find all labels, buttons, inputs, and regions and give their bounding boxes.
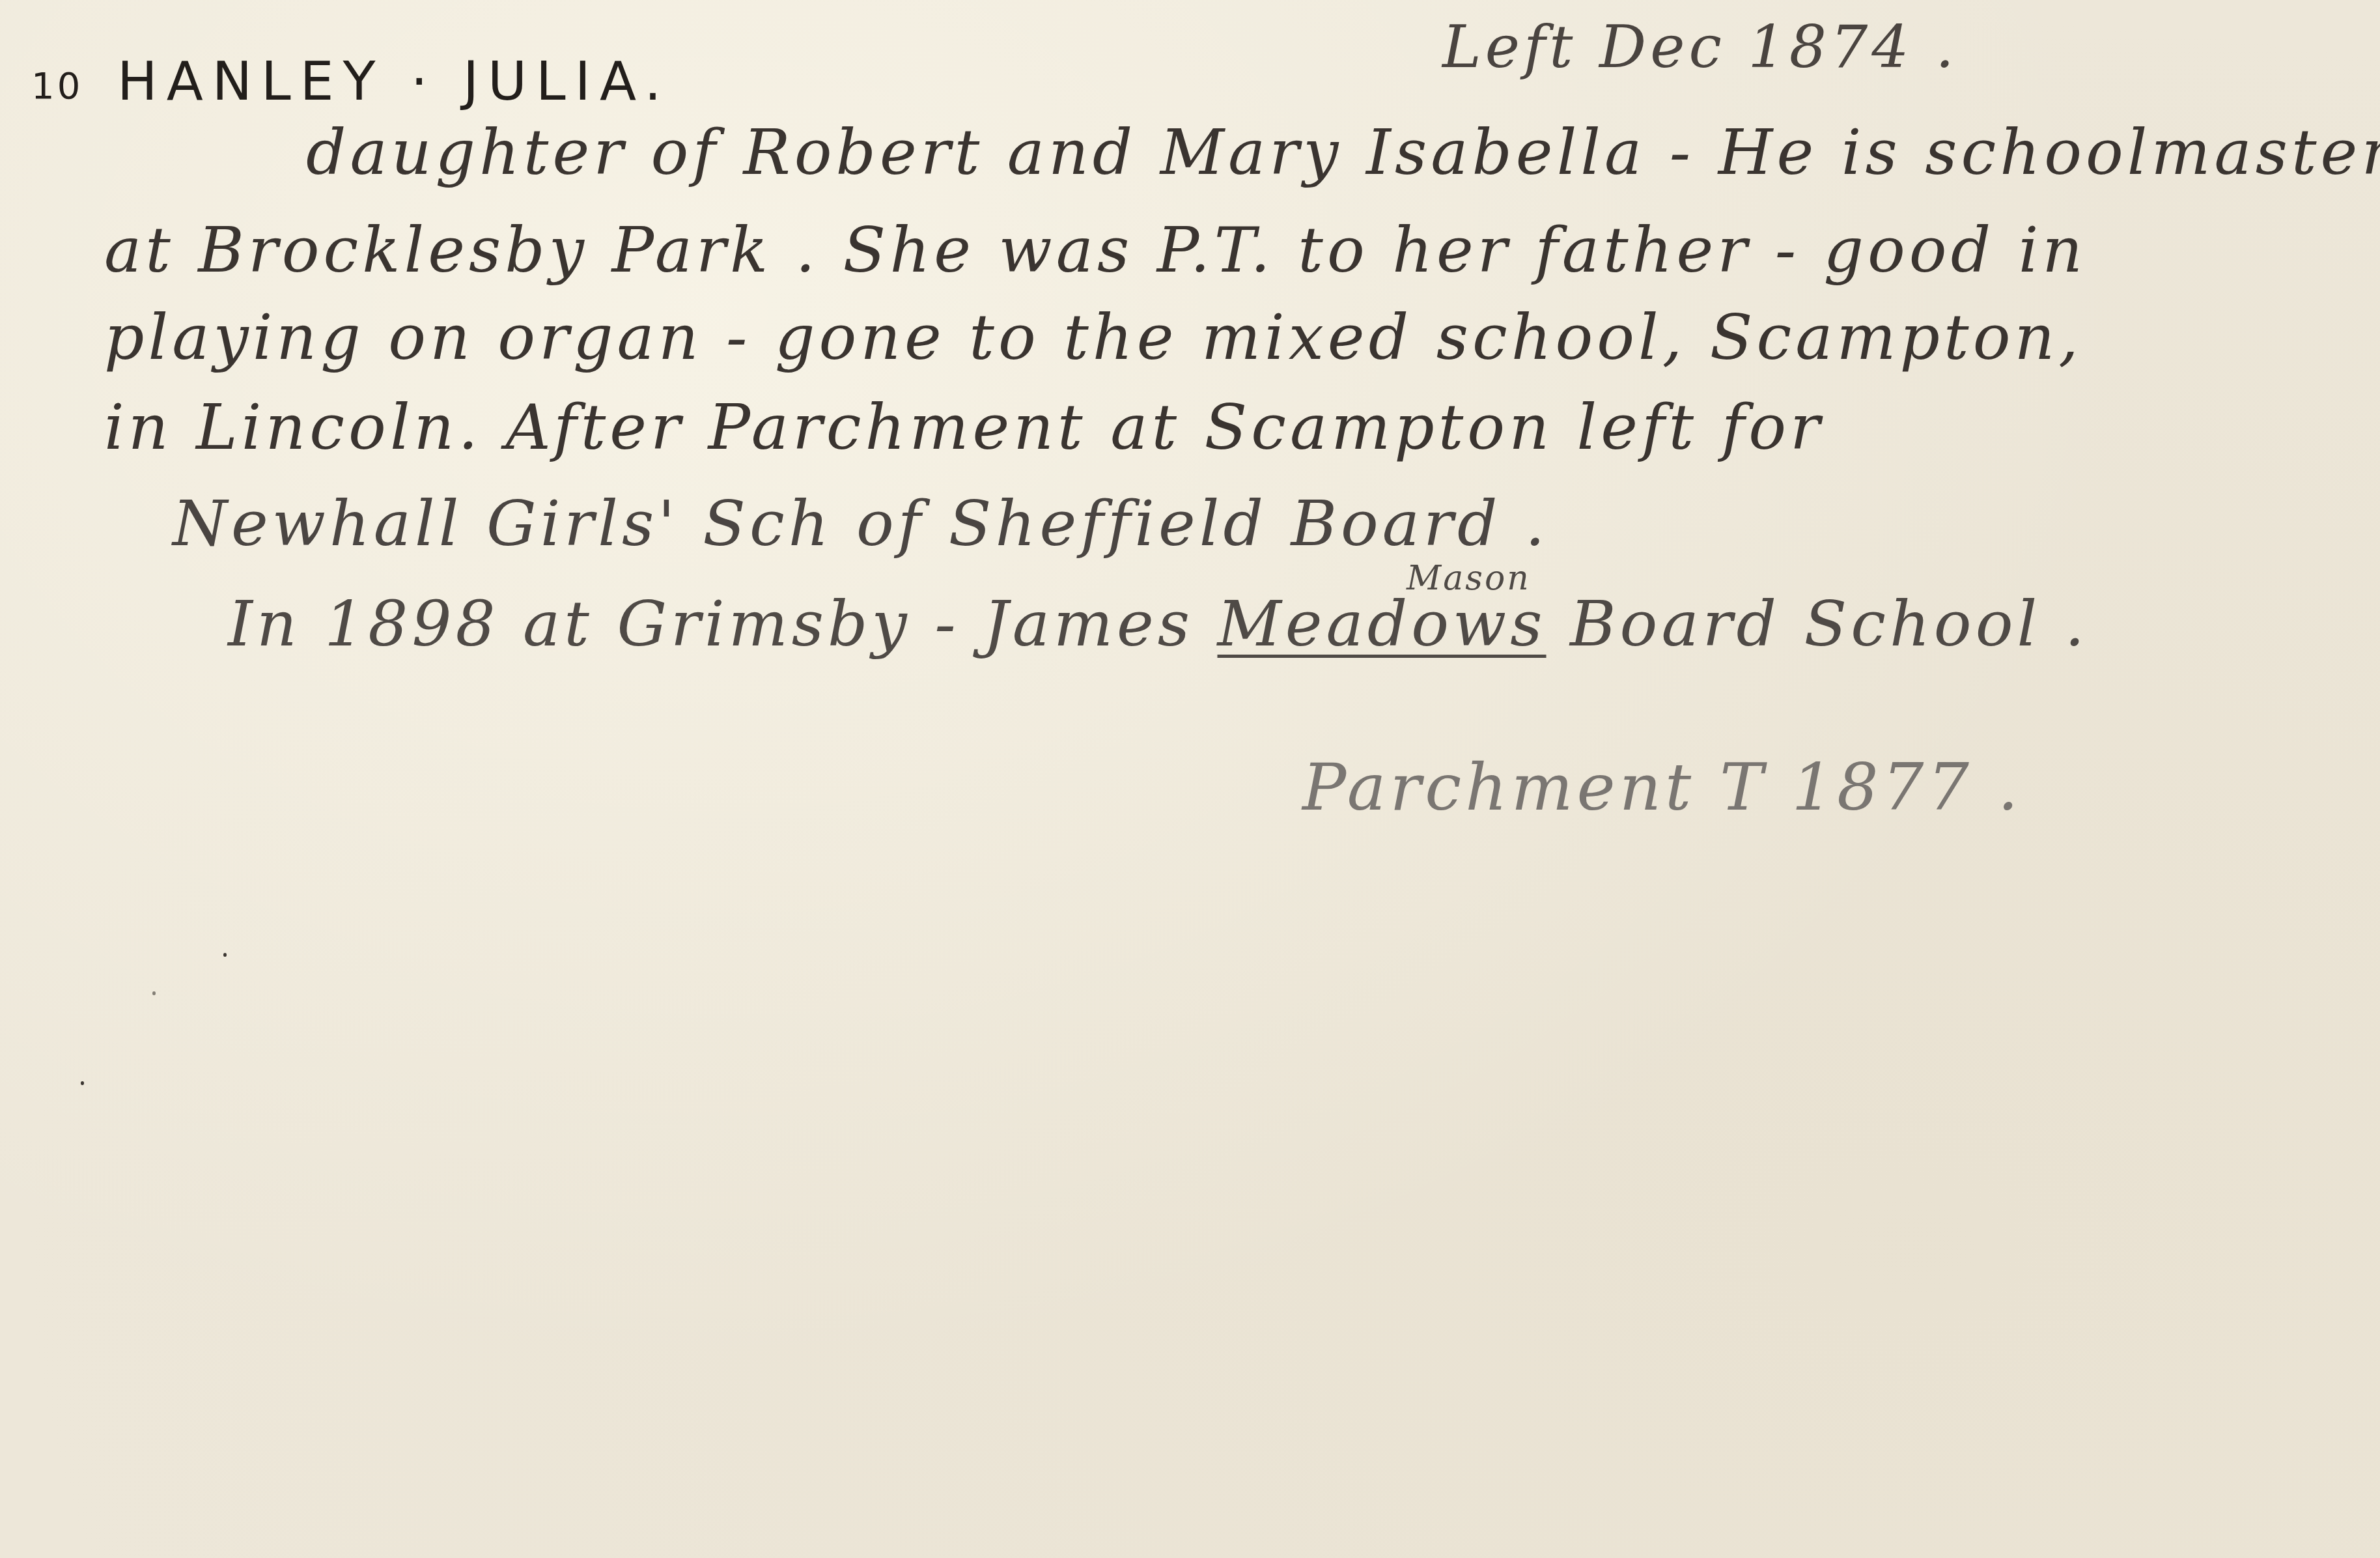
record-line-5: Newhall Girls' Sch of Sheffield Board . — [173, 487, 1548, 560]
line-6-after: Board School . — [1547, 588, 2089, 660]
underlined-word: Meadows — [1218, 588, 1547, 660]
archival-record-page: 10 HANLEY · JULIA. Left Dec 1874 . daugh… — [0, 0, 2380, 1558]
parchment-note: Parchment T 1877 . — [1302, 749, 2023, 825]
record-line-3: playing on organ - gone to the mixed sch… — [104, 301, 2082, 374]
line-6-before: In 1898 at Grimsby - James — [228, 588, 1218, 660]
left-date-note: Left Dec 1874 . — [1442, 13, 1958, 81]
entry-name: HANLEY · JULIA. — [117, 51, 671, 113]
record-line-4: in Lincoln. After Parchment at Scampton … — [104, 391, 1824, 464]
paper-speck — [152, 991, 156, 995]
record-line-6: In 1898 at Grimsby - James Meadows Board… — [228, 588, 2088, 660]
record-line-2: at Brocklesby Park . She was P.T. to her… — [104, 214, 2086, 287]
record-line-1: daughter of Robert and Mary Isabella - H… — [306, 116, 2380, 189]
paper-speck — [81, 1081, 84, 1085]
paper-speck — [223, 953, 227, 957]
entry-number: 10 — [31, 65, 83, 107]
